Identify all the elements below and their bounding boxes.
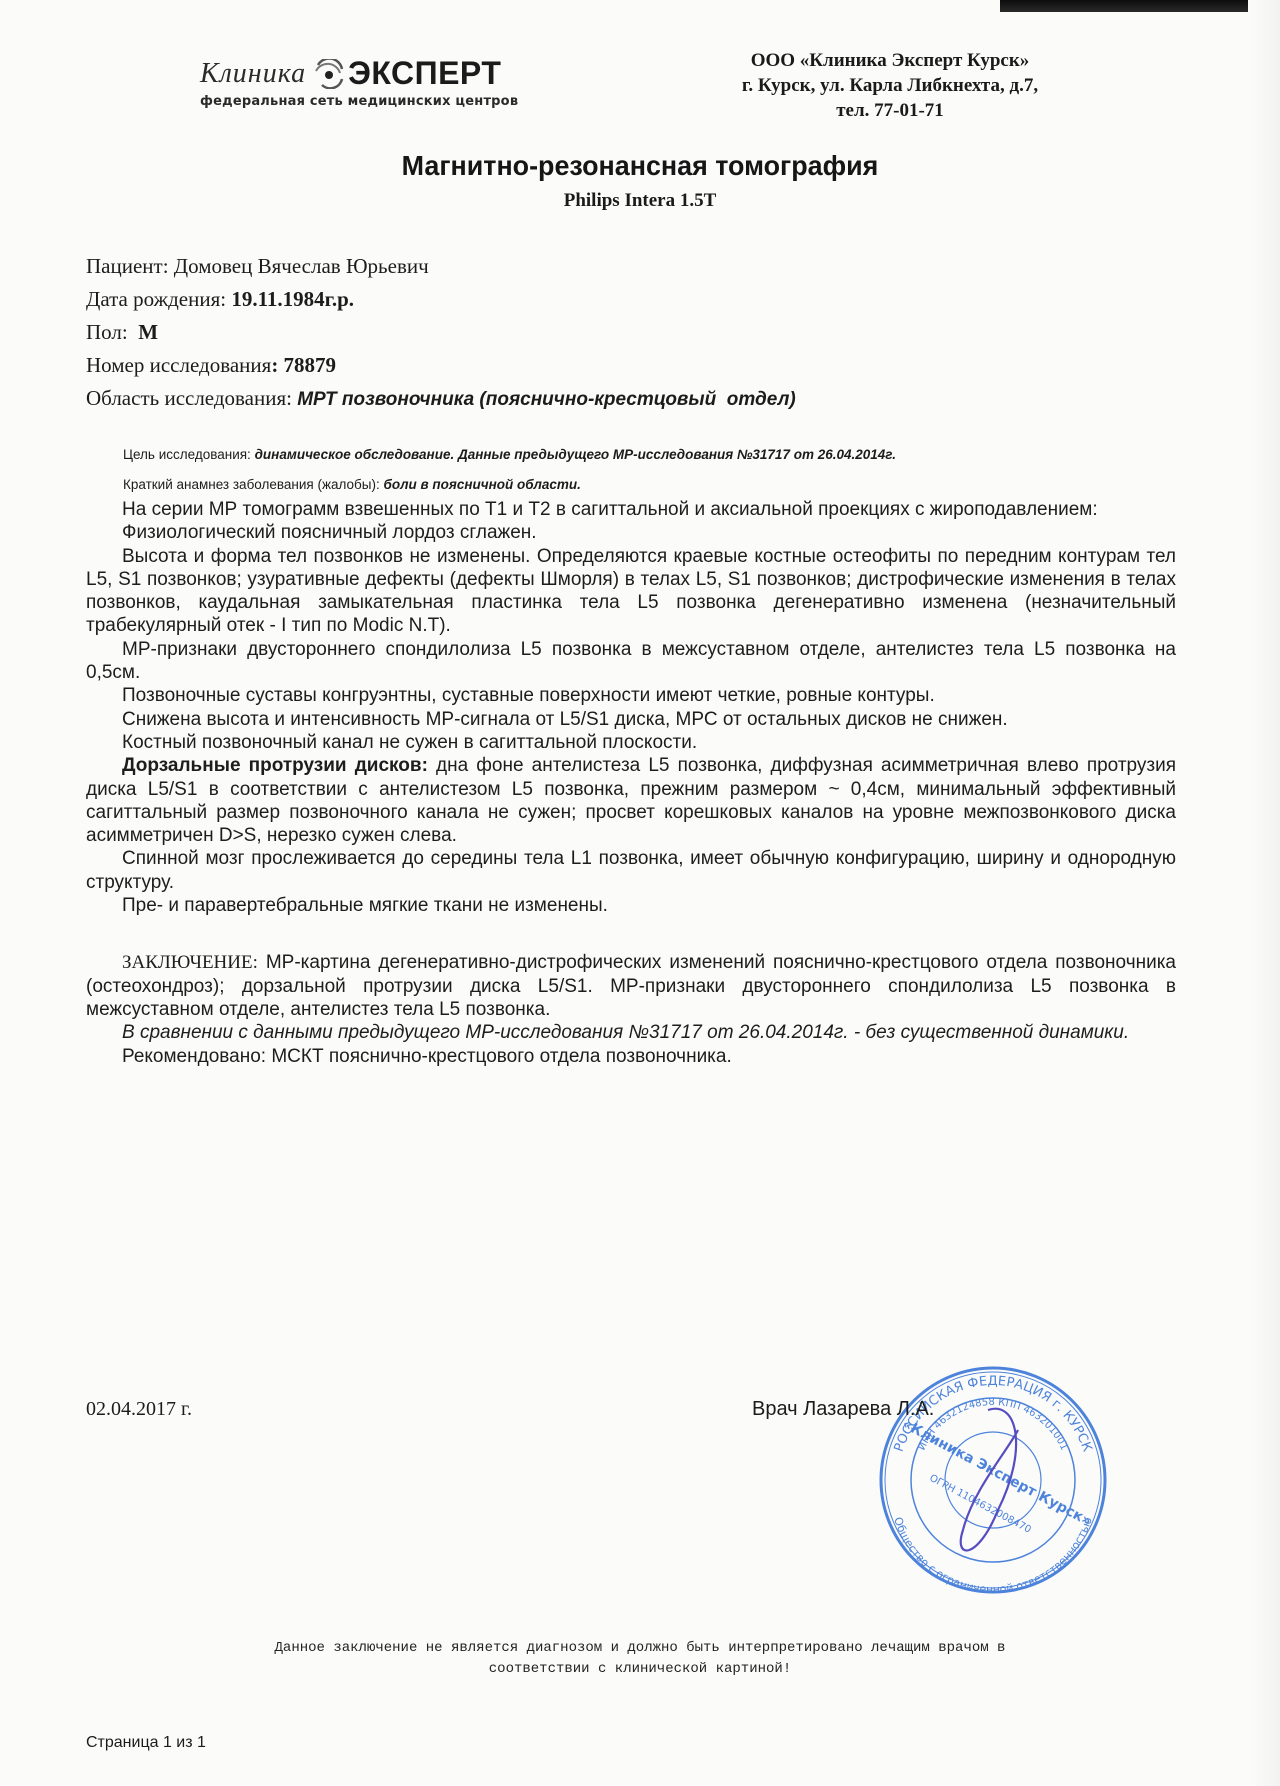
doctor-signature: Врач Лазарева Л.А. [752, 1398, 934, 1421]
patient-info: Пациент: Домовец Вячеслав Юрьевич Дата р… [86, 250, 796, 415]
swirl-logo-icon [312, 59, 346, 89]
clinic-name: ООО «Клиника Эксперт Курск» [690, 48, 1090, 73]
conclusion-paragraph: ЗАКЛЮЧЕНИЕ: МР-картина дегенеративно-дис… [86, 951, 1176, 1021]
patient-name: Домовец Вячеслав Юрьевич [174, 254, 429, 278]
logo-word-klinika: Клиника [200, 58, 306, 90]
anamnesis-row: Краткий анамнез заболевания (жалобы): бо… [123, 470, 1183, 500]
spacer [86, 917, 1176, 951]
document-title: Магнитно-резонансная томография [26, 150, 1255, 182]
anamnesis-label: Краткий анамнез заболевания (жалобы): [123, 477, 380, 492]
finding-paragraph: Костный позвоночный канал не сужен в саг… [86, 731, 1176, 754]
clinic-address: г. Курск, ул. Карла Либкнехта, д.7, [690, 73, 1090, 98]
scan-shadow [1250, 0, 1280, 1786]
scan-edge-artifact [1000, 0, 1248, 12]
protrusion-label: Дорзальные протрузии дисков: [122, 755, 428, 776]
study-number-label: Номер исследования [86, 353, 271, 377]
protrusion-paragraph: Дорзальные протрузии дисков: дна фоне ан… [86, 754, 1176, 847]
disclaimer-line-1: Данное заключение не является диагнозом … [120, 1638, 1160, 1659]
dob-label: Дата рождения: [86, 287, 226, 311]
sex-label: Пол: [86, 320, 128, 344]
finding-paragraph: МР-признаки двустороннего спондилолиза L… [86, 638, 1176, 685]
study-area-value: МРТ позвоночника (пояснично-крестцовый о… [297, 389, 796, 410]
comparison-paragraph: В сравнении с данными предыдущего МР-исс… [86, 1021, 1176, 1044]
finding-paragraph: Снижена высота и интенсивность МР-сигнал… [86, 708, 1176, 731]
finding-paragraph: Позвоночные суставы конгруэнтны, суставн… [86, 684, 1176, 707]
goal-label: Цель исследования: [123, 447, 251, 462]
report-body: На серии МР томограмм взвешенных по Т1 и… [86, 498, 1176, 1068]
study-number-value: : 78879 [271, 353, 336, 377]
device-name: Philips Intera 1.5T [0, 190, 1280, 212]
anamnesis-value: боли в поясничной области. [384, 477, 581, 492]
dob-row: Дата рождения: 19.11.1984г.р. [86, 283, 796, 316]
disclaimer-line-2: соответствии с клинической картиной! [120, 1659, 1160, 1680]
patient-name-row: Пациент: Домовец Вячеслав Юрьевич [86, 250, 796, 283]
clinic-logo: Клиника ЭКСПЕРТ федеральная сеть медицин… [200, 55, 540, 109]
disclaimer: Данное заключение не является диагнозом … [120, 1638, 1160, 1680]
goal-row: Цель исследования: динамическое обследов… [123, 440, 1183, 470]
study-area-label: Область исследования: [86, 386, 292, 410]
finding-paragraph: Физиологический поясничный лордоз сглаже… [86, 521, 1176, 544]
finding-paragraph: Спинной мозг прослеживается до середины … [86, 847, 1176, 894]
clinic-info: ООО «Клиника Эксперт Курск» г. Курск, ул… [690, 48, 1090, 123]
recommendation-paragraph: Рекомендовано: МСКТ пояснично-крестцовог… [86, 1045, 1176, 1068]
report-date: 02.04.2017 г. [86, 1398, 192, 1421]
study-number-row: Номер исследования: 78879 [86, 349, 796, 382]
page-number: Страница 1 из 1 [86, 1734, 206, 1752]
finding-paragraph: Высота и форма тел позвонков не изменены… [86, 545, 1176, 638]
clinic-stamp-icon: РОССИЙСКАЯ ФЕДЕРАЦИЯ г. КУРСК Общество с… [868, 1360, 1118, 1600]
logo-word-expert: ЭКСПЕРТ [348, 55, 501, 92]
finding-paragraph: На серии МР томограмм взвешенных по Т1 и… [86, 498, 1176, 521]
study-goal-block: Цель исследования: динамическое обследов… [123, 440, 1183, 500]
goal-value: динамическое обследование. Данные предыд… [255, 447, 896, 462]
sex-value: М [138, 320, 158, 344]
dob-value: 19.11.1984г.р. [231, 287, 354, 311]
finding-paragraph: Пре- и паравертебральные мягкие ткани не… [86, 894, 1176, 917]
patient-name-label: Пациент: [86, 254, 169, 278]
logo-tagline: федеральная сеть медицинских центров [200, 94, 540, 109]
clinic-phone: тел. 77-01-71 [690, 98, 1090, 123]
conclusion-label: ЗАКЛЮЧЕНИЕ: [122, 952, 258, 973]
study-area-row: Область исследования: МРТ позвоночника (… [86, 382, 796, 415]
sex-row: Пол: М [86, 316, 796, 349]
